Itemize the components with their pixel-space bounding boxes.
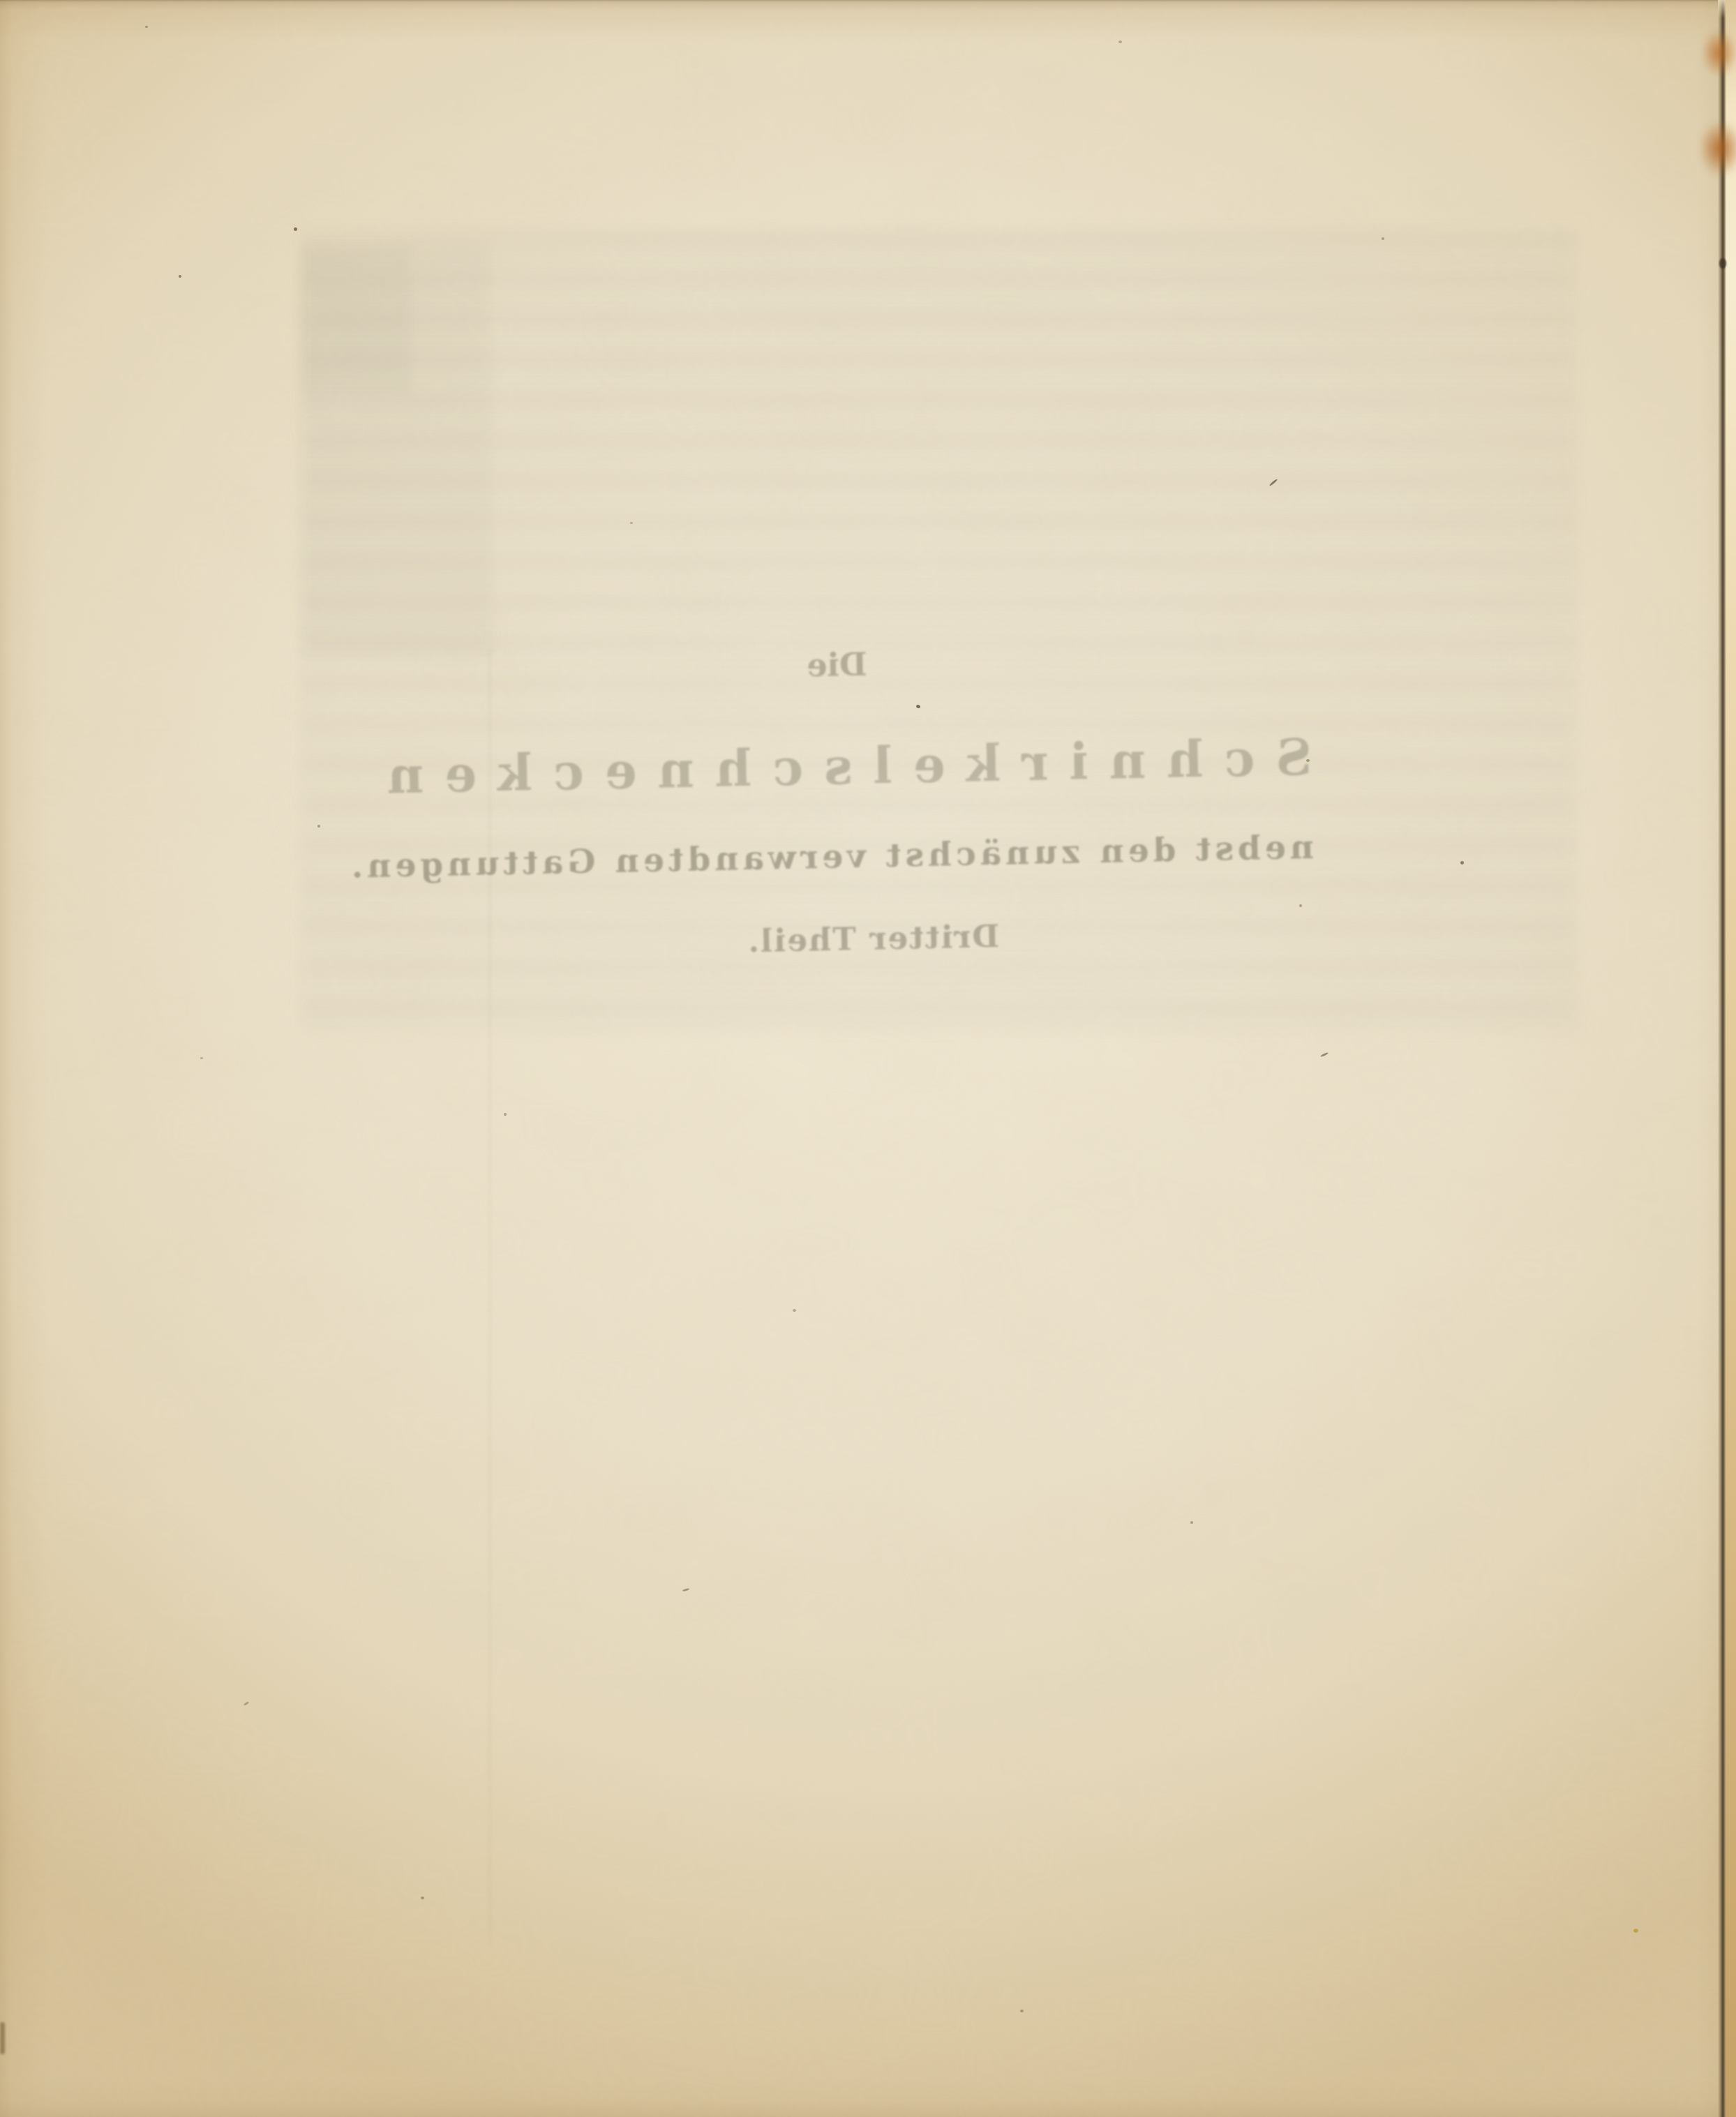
paper-speck — [793, 1309, 796, 1312]
paper-speck — [1269, 479, 1278, 486]
paper-speck — [200, 1057, 203, 1059]
paper-speck — [1118, 40, 1122, 43]
paper-speck — [244, 1701, 249, 1706]
paper-speck — [682, 1588, 689, 1592]
paper-speck — [179, 275, 181, 278]
paper-speck — [1020, 2010, 1024, 2012]
edge-dark-speck — [1719, 258, 1726, 269]
paper-speck — [317, 825, 320, 828]
paper-speck — [630, 522, 633, 524]
fore-edge-strip — [1726, 0, 1736, 2117]
paper-speck — [1633, 1929, 1638, 1933]
paper-specks-layer — [0, 0, 1736, 2117]
paper-speck — [145, 26, 148, 28]
paper-speck — [1306, 759, 1310, 762]
paper-speck — [915, 704, 920, 709]
bottom-left-edge-sliver — [0, 2022, 5, 2054]
paper-speck — [504, 1113, 507, 1116]
book-page-scan: Die Schnirkelschnecken nebst den zunächs… — [0, 0, 1736, 2117]
paper-speck — [421, 1897, 424, 1899]
paper-speck — [1382, 237, 1384, 240]
paper-speck — [1460, 861, 1464, 865]
paper-speck — [1320, 1052, 1329, 1058]
paper-speck — [1299, 904, 1302, 907]
paper-speck — [1190, 1521, 1193, 1524]
paper-speck — [294, 227, 297, 231]
